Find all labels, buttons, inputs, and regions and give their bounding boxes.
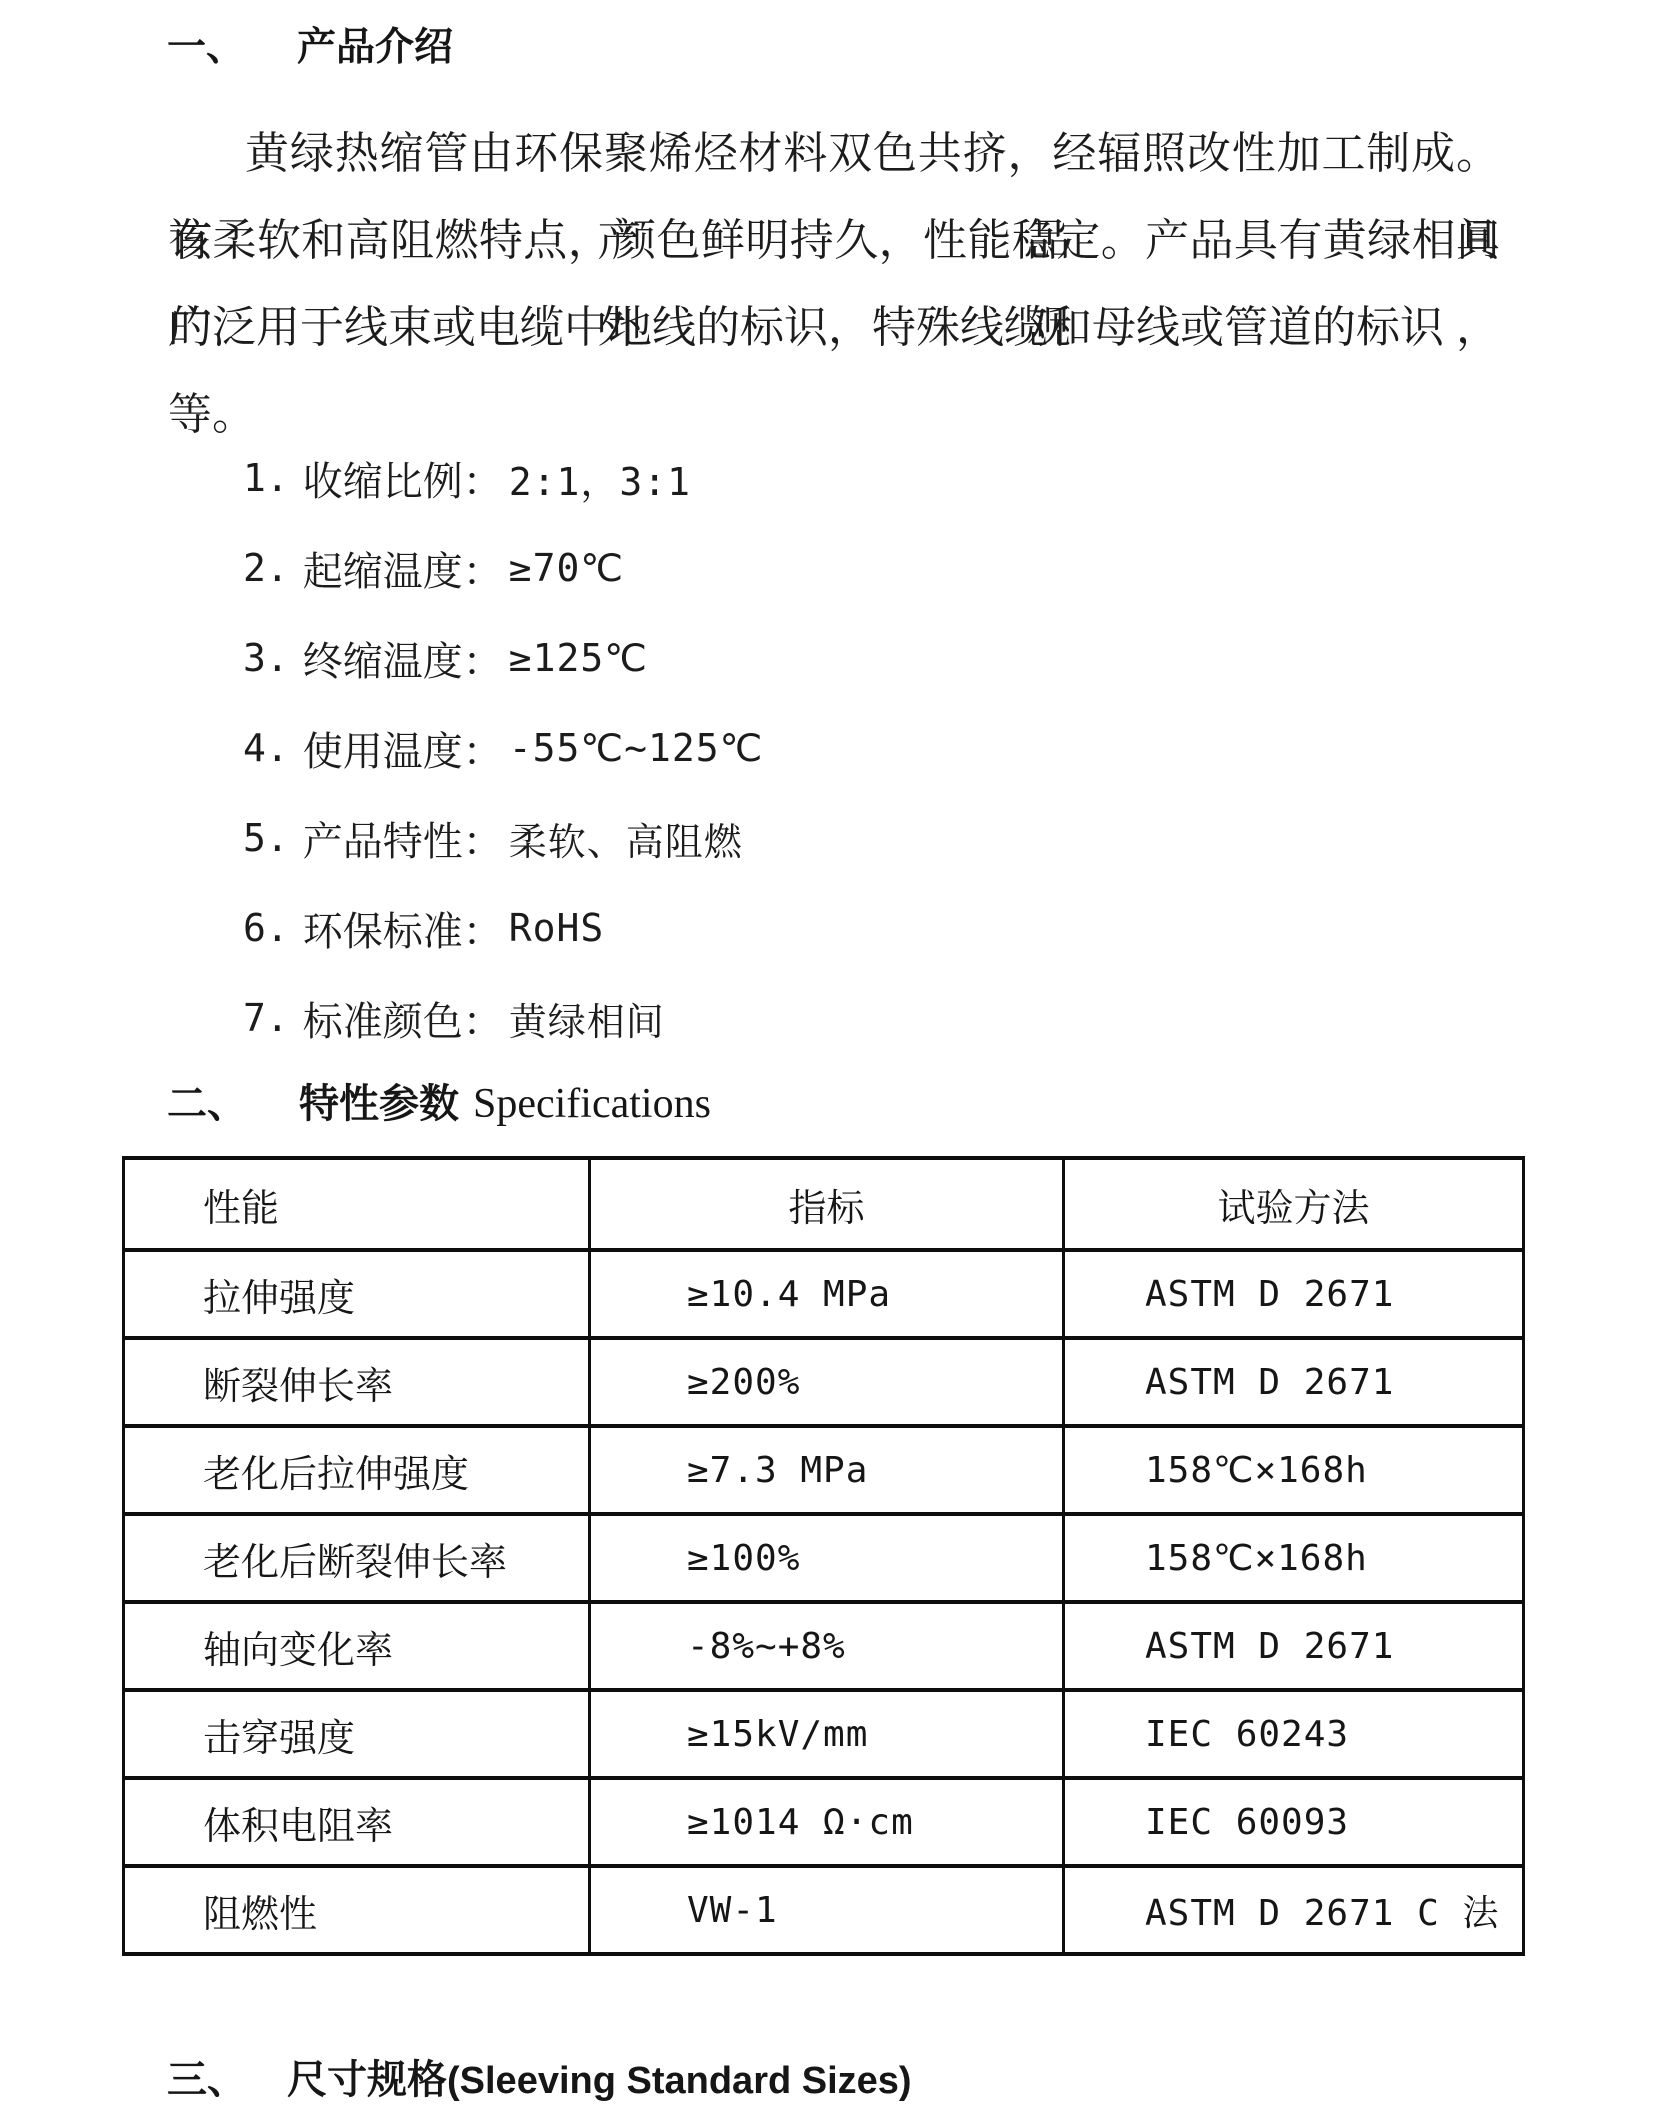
table-row: 体积电阻率 ≥1014 Ω·cm IEC 60093: [124, 1778, 1524, 1866]
section3-number: 三、: [167, 2048, 247, 2105]
feature-label: 起缩温度：: [303, 540, 503, 597]
feature-number: 2.: [243, 546, 289, 590]
property-cell: 体积电阻率: [124, 1778, 590, 1866]
column-header-performance: 性能: [124, 1158, 590, 1250]
value-cell: ≥15kV/mm: [590, 1690, 1064, 1778]
section1-title: 产品介绍: [297, 26, 453, 69]
feature-list: 1. 收缩比例： 2:1，3:1 2. 起缩温度： ≥70℃ 3. 终缩温度： …: [243, 433, 763, 1063]
feature-label: 终缩温度：: [303, 630, 503, 687]
method-cell: IEC 60243: [1064, 1690, 1524, 1778]
value-cell: VW-1: [590, 1866, 1064, 1954]
intro-paragraph: 黄绿热缩管由环保聚烯烃材料双色共挤，经辐照改性加工制成。该产品具 有柔软和高阻燃…: [168, 110, 1500, 371]
feature-number: 6.: [243, 906, 289, 950]
section1-number: 一、: [167, 16, 245, 72]
table-row: 老化后拉伸强度 ≥7.3 MPa 158℃×168h: [124, 1426, 1524, 1514]
feature-label: 环保标准：: [303, 900, 503, 957]
method-cell: ASTM D 2671: [1064, 1338, 1524, 1426]
paragraph-line: 黄绿热缩管由环保聚烯烃材料双色共挤，经辐照改性加工制成。该产品具: [168, 110, 1500, 197]
feature-value: -55℃~125℃: [509, 726, 764, 770]
feature-item: 7. 标准颜色： 黄绿相间: [243, 973, 763, 1063]
table-row: 老化后断裂伸长率 ≥100% 158℃×168h: [124, 1514, 1524, 1602]
value-cell: ≥7.3 MPa: [590, 1426, 1064, 1514]
feature-value: RoHS: [509, 906, 605, 950]
table-row: 击穿强度 ≥15kV/mm IEC 60243: [124, 1690, 1524, 1778]
feature-label: 产品特性：: [303, 810, 503, 867]
feature-number: 1.: [243, 456, 289, 500]
section2-heading: 二、特性参数Specifications: [167, 1072, 711, 1129]
method-cell: ASTM D 2671: [1064, 1250, 1524, 1338]
table-row: 断裂伸长率 ≥200% ASTM D 2671: [124, 1338, 1524, 1426]
property-cell: 击穿强度: [124, 1690, 590, 1778]
section3-subtitle-en: (Sleeving Standard Sizes): [447, 2060, 912, 2102]
property-cell: 轴向变化率: [124, 1602, 590, 1690]
feature-item: 1. 收缩比例： 2:1，3:1: [243, 433, 763, 523]
document-page: { "document": { "section1": { "number": …: [0, 0, 1654, 2111]
section1-heading: 一、产品介绍: [167, 16, 453, 72]
section3-heading: 三、尺寸规格(Sleeving Standard Sizes): [167, 2048, 912, 2105]
method-cell: IEC 60093: [1064, 1778, 1524, 1866]
feature-label: 收缩比例：: [303, 450, 503, 507]
column-header-index: 指标: [590, 1158, 1064, 1250]
feature-number: 4.: [243, 726, 289, 770]
paragraph-line: 广泛用于线束或电缆中地线的标识，特殊线缆和母线或管道的标识等。: [168, 284, 1500, 371]
feature-value: 黄绿相间: [509, 991, 665, 1046]
feature-label: 使用温度：: [303, 720, 503, 777]
section2-title: 特性参数: [299, 1081, 459, 1126]
method-cell: ASTM D 2671 C 法: [1064, 1866, 1524, 1954]
table-row: 阻燃性 VW-1 ASTM D 2671 C 法: [124, 1866, 1524, 1954]
feature-value: ≥70℃: [509, 546, 624, 590]
table-row: 轴向变化率 -8%~+8% ASTM D 2671: [124, 1602, 1524, 1690]
table-header-row: 性能 指标 试验方法: [124, 1158, 1524, 1250]
value-cell: ≥200%: [590, 1338, 1064, 1426]
section3-title: 尺寸规格: [287, 2057, 447, 2102]
method-cell: ASTM D 2671: [1064, 1602, 1524, 1690]
method-cell: 158℃×168h: [1064, 1426, 1524, 1514]
feature-item: 2. 起缩温度： ≥70℃: [243, 523, 763, 613]
value-cell: -8%~+8%: [590, 1602, 1064, 1690]
feature-number: 5.: [243, 816, 289, 860]
section2-subtitle-en: Specifications: [473, 1081, 711, 1127]
property-cell: 老化后断裂伸长率: [124, 1514, 590, 1602]
feature-item: 3. 终缩温度： ≥125℃: [243, 613, 763, 703]
column-header-test-method: 试验方法: [1064, 1158, 1524, 1250]
value-cell: ≥100%: [590, 1514, 1064, 1602]
feature-item: 6. 环保标准： RoHS: [243, 883, 763, 973]
section2-number: 二、: [167, 1072, 247, 1129]
method-cell: 158℃×168h: [1064, 1514, 1524, 1602]
value-cell: ≥10.4 MPa: [590, 1250, 1064, 1338]
feature-item: 5. 产品特性： 柔软、高阻燃: [243, 793, 763, 883]
spec-table: 性能 指标 试验方法 拉伸强度 ≥10.4 MPa ASTM D 2671 断裂…: [122, 1156, 1525, 1956]
feature-item: 4. 使用温度： -55℃~125℃: [243, 703, 763, 793]
feature-value: 2:1，3:1: [509, 451, 691, 506]
property-cell: 老化后拉伸强度: [124, 1426, 590, 1514]
property-cell: 阻燃性: [124, 1866, 590, 1954]
feature-number: 3.: [243, 636, 289, 680]
property-cell: 拉伸强度: [124, 1250, 590, 1338]
table-row: 拉伸强度 ≥10.4 MPa ASTM D 2671: [124, 1250, 1524, 1338]
feature-value: ≥125℃: [509, 636, 648, 680]
paragraph-line: 有柔软和高阻燃特点，颜色鲜明持久，性能稳定。产品具有黄绿相间的外观，: [168, 197, 1500, 284]
value-cell: ≥1014 Ω·cm: [590, 1778, 1064, 1866]
feature-label: 标准颜色：: [303, 990, 503, 1047]
property-cell: 断裂伸长率: [124, 1338, 590, 1426]
feature-value: 柔软、高阻燃: [509, 811, 743, 866]
feature-number: 7.: [243, 996, 289, 1040]
